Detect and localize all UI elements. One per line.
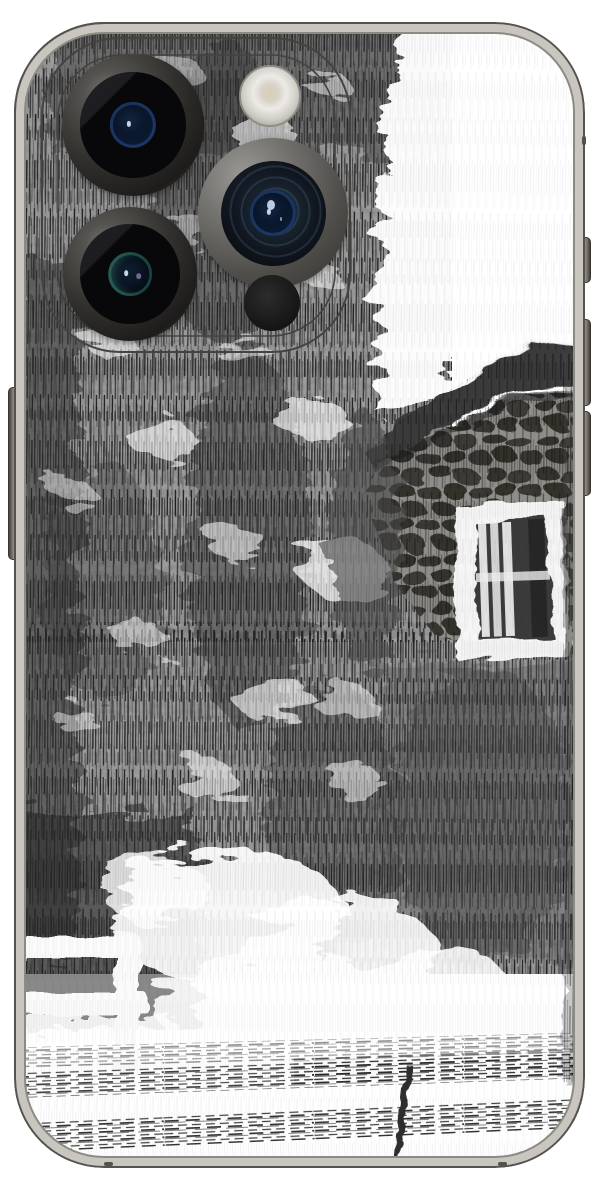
lens-glass	[80, 224, 179, 323]
camera-module	[14, 22, 585, 1168]
lens-pupil	[108, 252, 152, 296]
lens-top-left	[62, 54, 204, 196]
lens-right	[198, 138, 348, 288]
phone-back	[14, 22, 585, 1168]
lens-bottom-left	[63, 207, 197, 341]
product-photo-stage	[0, 0, 600, 1184]
antenna-band-tick	[498, 1162, 507, 1166]
lens-glass	[80, 72, 185, 177]
flash-light	[239, 65, 301, 127]
lens-pupil	[250, 190, 296, 236]
lens-glass	[221, 161, 326, 266]
antenna-band-tick	[104, 1162, 113, 1166]
lidar-sensor-dot	[244, 275, 300, 331]
antenna-band-tick	[582, 136, 586, 145]
